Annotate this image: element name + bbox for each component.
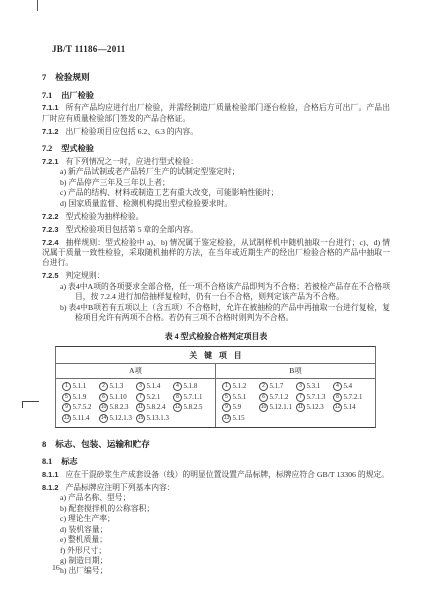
scan-artifact-corner	[22, 401, 39, 408]
clause-reference: 5.1.4	[147, 383, 161, 390]
clause-8-1-2: 8.1.2产品标牌应注明下列基本内容：	[42, 483, 390, 493]
section-8-1-heading: 8.1标志	[42, 456, 390, 467]
chapter-8-title: 标志、包装、运输和贮存	[55, 439, 150, 449]
table-item: 135.11.4	[62, 414, 99, 423]
circled-number: 7	[136, 393, 145, 402]
clause-reference: 5.9	[233, 404, 242, 411]
clause-reference: 5.13.1.3	[147, 415, 169, 422]
table-item: 145.12.1.3	[99, 414, 136, 423]
section-7-2-heading: 7.2型式检验	[42, 143, 390, 154]
clause-reference: 5.8.2.5	[184, 404, 203, 411]
table-4-col-a-header: A项	[56, 364, 215, 378]
circled-number: 4	[173, 382, 182, 391]
clause-reference: 5.12.3	[307, 404, 324, 411]
page-number: 16	[52, 563, 60, 572]
section-7-1-title: 出厂检验	[61, 91, 94, 100]
table-4-column-headers: A项 B项	[56, 364, 375, 379]
document-page: JB/T 11186—2011 7检验规则 7.1出厂检验 7.1.1所有产品均…	[0, 0, 426, 600]
table-4-col-a-items: 15.1.125.1.335.1.445.1.855.1.965.1.1075.…	[56, 379, 215, 427]
table-4: 关键项目 A项 B项 15.1.125.1.335.1.445.1.855.1.…	[55, 346, 376, 428]
type-test-condition-list: a) 新产品试制或老产品转厂生产的试制定型鉴定时；b) 产品停产三年及三年以上者…	[42, 167, 390, 209]
section-8-1-number: 8.1	[42, 457, 52, 466]
clause-7-2-5: 7.2.5判定规则：	[42, 271, 390, 281]
section-7-2-title: 型式检验	[61, 144, 94, 153]
table-item: 25.1.7	[259, 382, 296, 391]
clause-reference: 5.11.4	[73, 415, 90, 422]
table-item: 85.7.1.1	[173, 393, 210, 402]
table-item: 125.8.2.5	[173, 403, 210, 412]
list-item: b) 表4中B项若有五项以上（含五项）不合格时，允许在被抽检的产品中再抽取一台进…	[42, 303, 390, 324]
clause-reference: 5.7.1.2	[270, 394, 289, 401]
clause-7-2-3: 7.2.3型式检验项目包括第 5 章的全部内容。	[42, 225, 390, 235]
table-item: 65.1.10	[99, 393, 136, 402]
circled-number: 8	[173, 393, 182, 402]
table-4-col-b-items: 15.1.225.1.735.3.145.455.5.165.7.1.275.7…	[215, 379, 375, 427]
circled-number: 15	[136, 414, 145, 423]
list-item: b) 配套搅拌机的公称容积；	[42, 504, 390, 514]
table-item: 115.12.3	[296, 403, 333, 412]
clause-reference: 5.8.2.4	[147, 404, 166, 411]
clause-reference: 5.14	[344, 404, 356, 411]
circled-number: 6	[259, 393, 268, 402]
clause-reference: 5.1.2	[233, 383, 247, 390]
table-item: 25.1.3	[99, 382, 136, 391]
table-item: 135.15	[222, 414, 259, 423]
chapter-8-number: 8	[42, 439, 46, 449]
table-4-caption: 表 4 型式检验合格判定项目表	[42, 331, 390, 342]
circled-number: 1	[222, 382, 231, 391]
circled-number: 3	[296, 382, 305, 391]
list-item: g) 制造日期；	[42, 556, 390, 566]
circled-number: 5	[62, 393, 71, 402]
circled-number: 14	[99, 414, 108, 423]
clause-reference: 5.1.8	[184, 383, 198, 390]
standard-number: JB/T 11186—2011	[52, 44, 426, 54]
clause-reference: 5.12.1.1	[270, 404, 292, 411]
table-item: 15.1.2	[222, 382, 259, 391]
table-item: 45.1.8	[173, 382, 210, 391]
section-7-1-number: 7.1	[42, 91, 52, 100]
section-7-1-heading: 7.1出厂检验	[42, 90, 390, 101]
section-8-1-title: 标志	[61, 457, 77, 466]
clause-reference: 5.7.5.2	[73, 404, 92, 411]
table-item: 55.5.1	[222, 393, 259, 402]
circled-number: 12	[333, 403, 342, 412]
clause-reference: 5.1.10	[110, 394, 127, 401]
clause-7-1-1: 7.1.1所有产品均应进行出厂检验，并需经制造厂质量检验部门逐台检验，合格后方可…	[42, 103, 390, 124]
clause-7-2-1: 7.2.1有下列情况之一时，应进行型式检验：	[42, 157, 390, 167]
clause-7-2-2: 7.2.2型式检验为抽样检验。	[42, 212, 390, 222]
table-4-body: 15.1.125.1.335.1.445.1.855.1.965.1.1075.…	[56, 379, 375, 427]
table-item: 155.13.1.3	[136, 414, 173, 423]
section-7-2-number: 7.2	[42, 144, 52, 153]
circled-number: 9	[62, 403, 71, 412]
clause-reference: 5.4	[344, 383, 353, 390]
clause-reference: 5.1.9	[73, 394, 87, 401]
chapter-7-heading: 7检验规则	[42, 71, 390, 83]
circled-number: 13	[222, 414, 231, 423]
circled-number: 9	[222, 403, 231, 412]
chapter-7-number: 7	[42, 72, 46, 82]
clause-reference: 5.15	[233, 415, 245, 422]
circled-number: 7	[296, 393, 305, 402]
circled-number: 5	[222, 393, 231, 402]
clause-reference: 5.2.1	[147, 394, 161, 401]
clause-reference: 5.3.1	[307, 383, 321, 390]
table-item: 35.1.4	[136, 382, 173, 391]
list-item: c) 理论生产率；	[42, 514, 390, 524]
circled-number: 1	[62, 382, 71, 391]
table-4-header: 关键项目	[56, 347, 375, 364]
chapter-8-heading: 8标志、包装、运输和贮存	[42, 438, 390, 450]
table-item: 95.9	[222, 403, 259, 412]
list-item: f) 外形尺寸；	[42, 546, 390, 556]
circled-number: 2	[99, 382, 108, 391]
list-item: a) 新产品试制或老产品转厂生产的试制定型鉴定时；	[42, 167, 390, 177]
nameplate-content-list: a) 产品名称、型号；b) 配套搅拌机的公称容积；c) 理论生产率；d) 装机容…	[42, 493, 390, 576]
table-4-col-b-header: B项	[215, 364, 375, 378]
list-item: a) 表4中A项的各项要求全部合格，任一项不合格该产品即判为不合格；若被检产品存…	[42, 282, 390, 303]
list-item: d) 装机容量；	[42, 525, 390, 535]
chapter-7-title: 检验规则	[55, 72, 89, 82]
table-item: 15.1.1	[62, 382, 99, 391]
circled-number: 13	[62, 414, 71, 423]
list-item: h) 出厂编号；	[42, 566, 390, 576]
clause-reference: 5.1.7	[270, 383, 284, 390]
clause-reference: 5.8.2.3	[110, 404, 129, 411]
clause-7-2-4: 7.2.4抽样规则：型式检验中 a)、b) 情况属于鉴定检验，从试制样机中随机抽…	[42, 238, 390, 269]
table-item: 65.7.1.2	[259, 393, 296, 402]
list-item: e) 整机质量；	[42, 535, 390, 545]
table-item: 105.12.1.1	[259, 403, 296, 412]
clause-8-1-1: 8.1.1应在干混砂浆生产成套设备（线）的明显位置设置产品标牌，标牌应符合 GB…	[42, 470, 390, 480]
clause-reference: 5.7.1.1	[184, 394, 203, 401]
table-item: 75.7.1.3	[296, 393, 333, 402]
circled-number: 11	[136, 403, 145, 412]
clause-reference: 5.7.2.1	[344, 394, 363, 401]
circled-number: 10	[259, 403, 268, 412]
table-item: 35.3.1	[296, 382, 333, 391]
judgement-rule-list: a) 表4中A项的各项要求全部合格，任一项不合格该产品即判为不合格；若被检产品存…	[42, 282, 390, 324]
table-item: 45.4	[333, 382, 370, 391]
circled-number: 3	[136, 382, 145, 391]
table-item: 115.8.2.4	[136, 403, 173, 412]
circled-number: 11	[296, 403, 305, 412]
list-item: a) 产品名称、型号；	[42, 493, 390, 503]
table-item: 85.7.2.1	[333, 393, 370, 402]
table-item: 75.2.1	[136, 393, 173, 402]
clause-reference: 5.1.3	[110, 383, 124, 390]
clause-7-1-2: 7.1.2出厂检验项目应包括 6.2、6.3 的内容。	[42, 127, 390, 137]
circled-number: 6	[99, 393, 108, 402]
circled-number: 2	[259, 382, 268, 391]
page-content: 7检验规则 7.1出厂检验 7.1.1所有产品均应进行出厂检验，并需经制造厂质量…	[42, 71, 390, 577]
list-item: d) 国家质量监督、检测机构提出型式检验要求时。	[42, 199, 390, 209]
scan-artifact-line	[37, 0, 38, 11]
circled-number: 4	[333, 382, 342, 391]
list-item: c) 产品的结构、材料或制造工艺有重大改变，可能影响性能时；	[42, 188, 390, 198]
table-item: 125.14	[333, 403, 370, 412]
circled-number: 8	[333, 393, 342, 402]
clause-reference: 5.7.1.3	[307, 394, 326, 401]
table-item: 105.8.2.3	[99, 403, 136, 412]
clause-reference: 5.5.1	[233, 394, 247, 401]
table-item: 55.1.9	[62, 393, 99, 402]
table-item: 95.7.5.2	[62, 403, 99, 412]
circled-number: 12	[173, 403, 182, 412]
list-item: b) 产品停产三年及三年以上者；	[42, 178, 390, 188]
clause-reference: 5.1.1	[73, 383, 87, 390]
circled-number: 10	[99, 403, 108, 412]
clause-reference: 5.12.1.3	[110, 415, 132, 422]
